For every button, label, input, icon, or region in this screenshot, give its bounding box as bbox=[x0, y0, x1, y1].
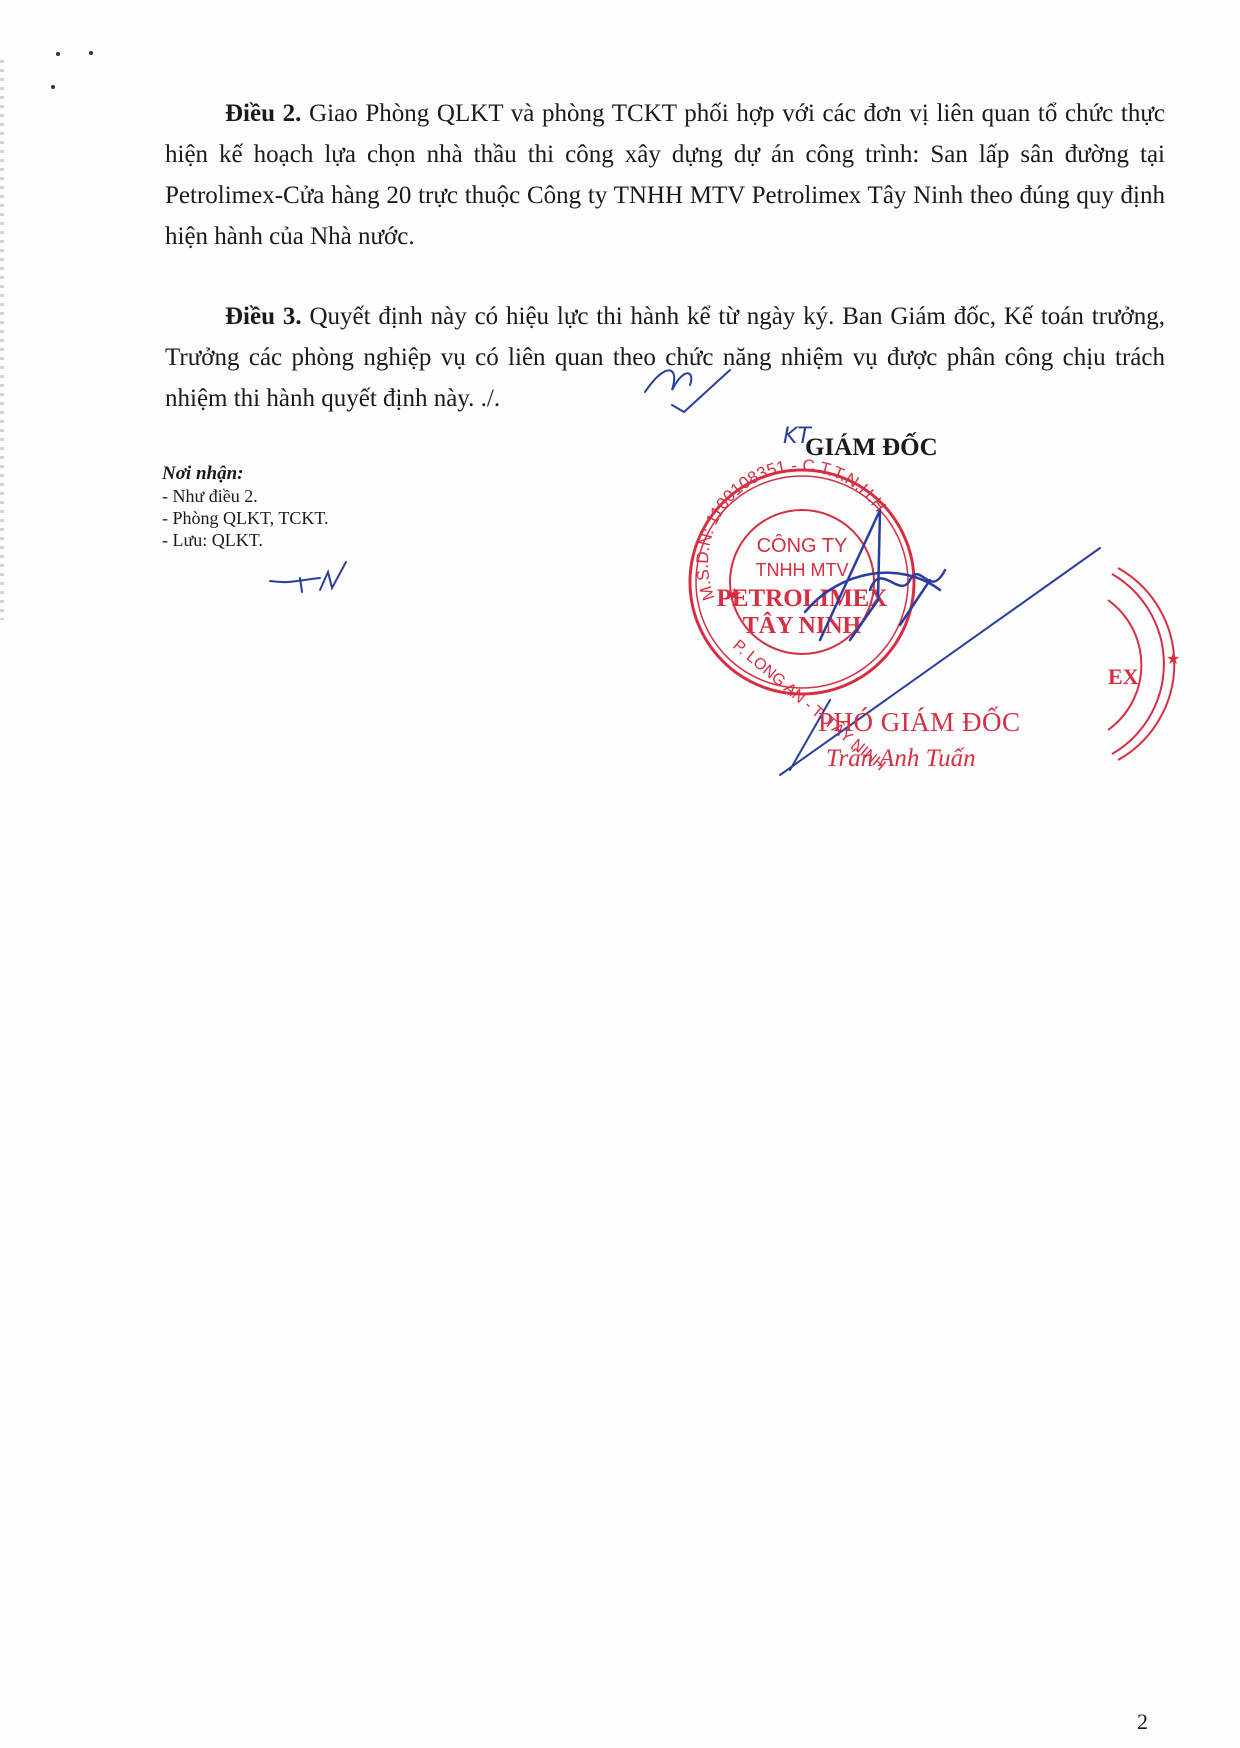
recipient-item: - Như điều 2. bbox=[162, 485, 329, 507]
article-3-label: Điều 3. bbox=[225, 303, 302, 330]
stamp-line-1: CÔNG TY bbox=[757, 534, 848, 557]
stamp-star: ★ bbox=[727, 585, 742, 604]
stamp-line-3: PETROLIMEX bbox=[717, 585, 888, 612]
svg-text:M.S.D.N: 1100108351 - C.T.T.N.: M.S.D.N: 1100108351 - C.T.T.N.H.H bbox=[693, 456, 890, 603]
signature-title: GIÁM ĐỐC bbox=[805, 434, 938, 462]
recipient-item: - Lưu: QLKT. bbox=[162, 529, 329, 551]
deputy-director-title: PHÓ GIÁM ĐỐC bbox=[818, 707, 1021, 738]
article-3-paragraph: Điều 3. Quyết định này có hiệu lực thi h… bbox=[165, 296, 1165, 419]
scan-speck bbox=[56, 52, 60, 56]
article-2-paragraph: Điều 2. Giao Phòng QLKT và phòng TCKT ph… bbox=[165, 93, 1165, 257]
article-2-label: Điều 2. bbox=[225, 100, 301, 127]
page-number: 2 bbox=[1137, 1709, 1148, 1735]
stamp-line-4: TÂY NINH bbox=[743, 612, 862, 639]
scan-speck bbox=[89, 51, 93, 55]
article-2-text: Giao Phòng QLKT và phòng TCKT phối hợp v… bbox=[165, 100, 1165, 250]
stamp-and-signature-layer: M.S.D.N: 1100108351 - C.T.T.N.H.H ★ P. L… bbox=[0, 0, 1240, 1748]
recipient-item: - Phòng QLKT, TCKT. bbox=[162, 507, 329, 529]
recipients-title: Nơi nhận: bbox=[162, 463, 329, 485]
partial-stamp-text: EX bbox=[1108, 664, 1139, 689]
stamp-line-2: TNHH MTV bbox=[756, 560, 849, 580]
stamp-outer-top-text: M.S.D.N: 1100108351 - C.T.T.N.H.H bbox=[693, 456, 890, 603]
article-3-text: Quyết định này có hiệu lực thi hành kể t… bbox=[165, 303, 1165, 412]
scan-edge-artifact bbox=[0, 60, 4, 620]
partial-stamp-edge bbox=[1108, 568, 1174, 760]
document-page: Điều 2. Giao Phòng QLKT và phòng TCKT ph… bbox=[0, 0, 1240, 1748]
partial-stamp-star: ★ bbox=[1166, 651, 1180, 668]
recipients-block: Nơi nhận: - Như điều 2. - Phòng QLKT, TC… bbox=[162, 463, 329, 551]
signer-name: Trần Anh Tuấn bbox=[826, 745, 976, 773]
scan-speck bbox=[51, 85, 55, 89]
company-stamp bbox=[690, 470, 914, 694]
